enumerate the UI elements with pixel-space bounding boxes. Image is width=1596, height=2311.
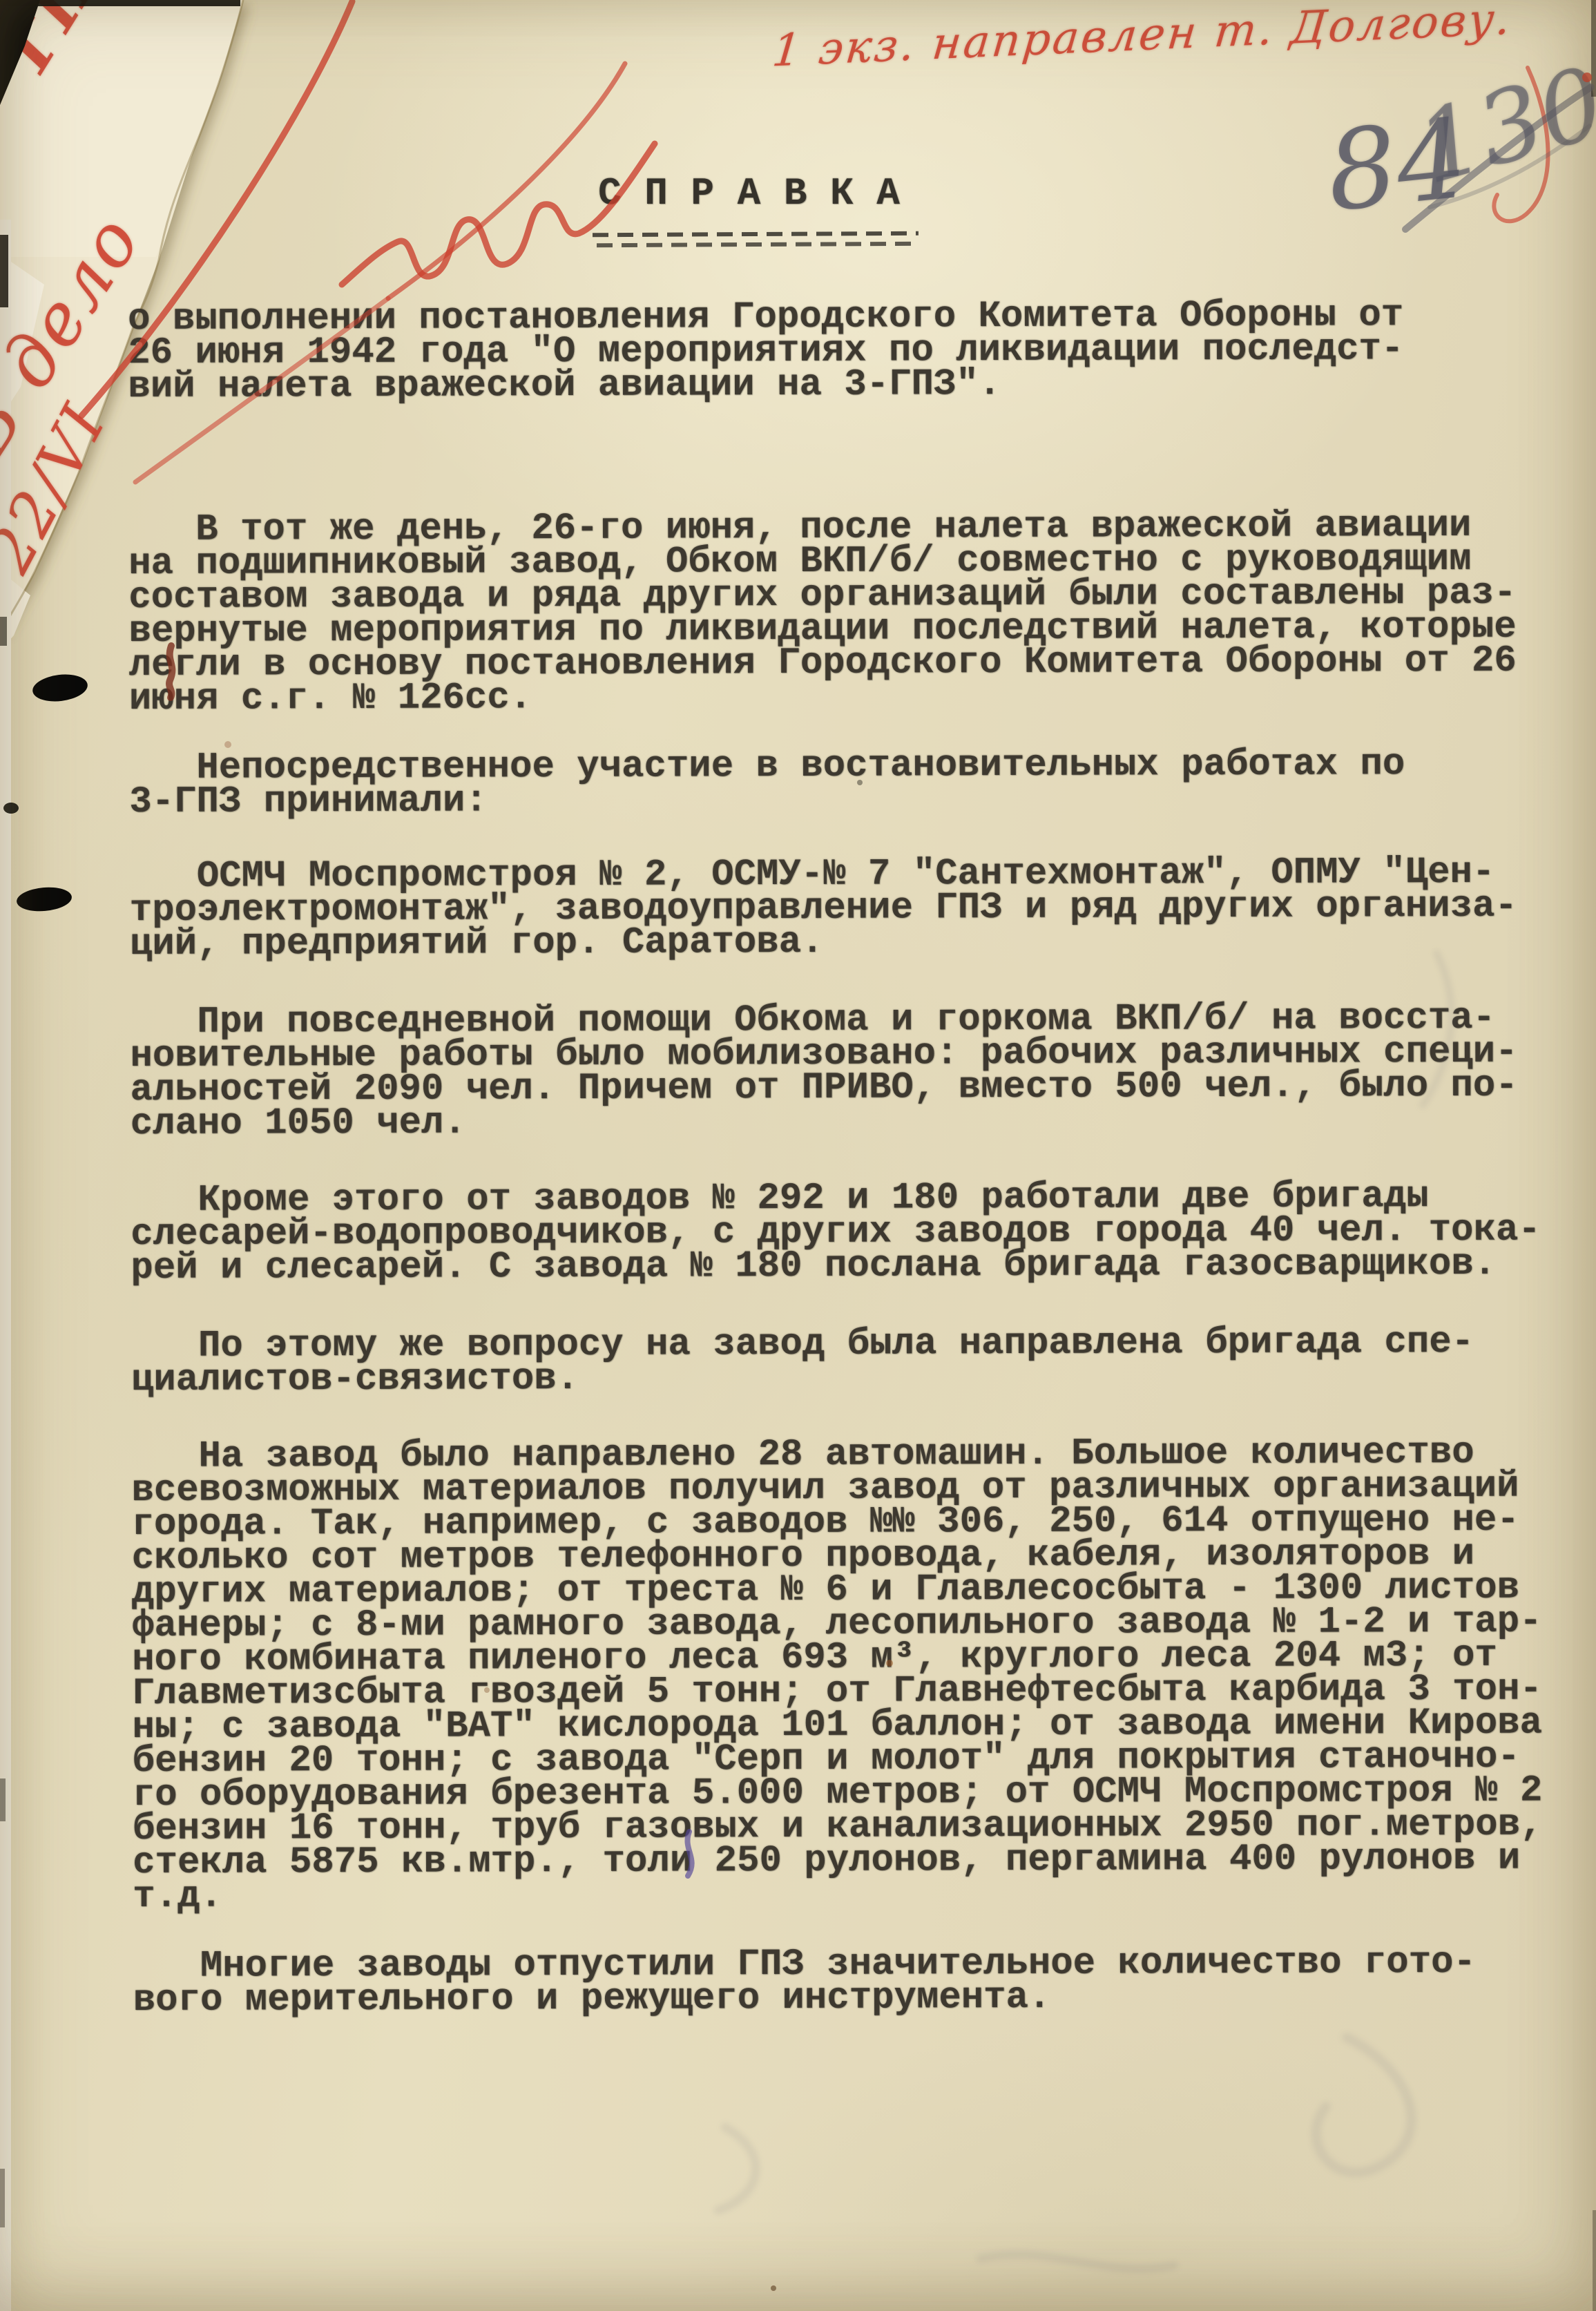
paragraph: Многие заводы отпустили ГПЗ значительное… — [133, 1945, 1590, 2017]
document-title: С П Р А В К А — [598, 174, 900, 213]
paragraph: ОСМЧ Моспромстроя № 2, ОСМУ-№ 7 "Сантехм… — [130, 855, 1587, 961]
paragraph: Кроме этого от заводов № 292 и 180 работ… — [131, 1179, 1588, 1285]
title-underline — [593, 231, 919, 251]
red-annotation-copy-sent: 1 экз. направлен т. Долгову. — [770, 0, 1515, 77]
paragraph: Непосредственное участие в востановитель… — [129, 747, 1586, 819]
paragraph: При повседневной помощи Обкома и горкома… — [130, 1001, 1588, 1141]
hole-punches — [3, 671, 89, 913]
paragraph-subtitle: о выполнении постановления Городского Ко… — [128, 298, 1585, 404]
paragraph: На завод было направлено 28 автомашин. Б… — [131, 1435, 1590, 1914]
document-page: С П Р А В К А о выполнении постановления… — [0, 0, 1596, 2311]
paragraph: По этому же вопросу на завод была направ… — [131, 1325, 1588, 1397]
paragraph: В тот же день, 26-го июня, после налета … — [128, 508, 1586, 716]
pencil-page-number-crossed: 130 — [1405, 46, 1596, 207]
text-column: о выполнении постановления Городского Ко… — [128, 298, 1590, 2017]
